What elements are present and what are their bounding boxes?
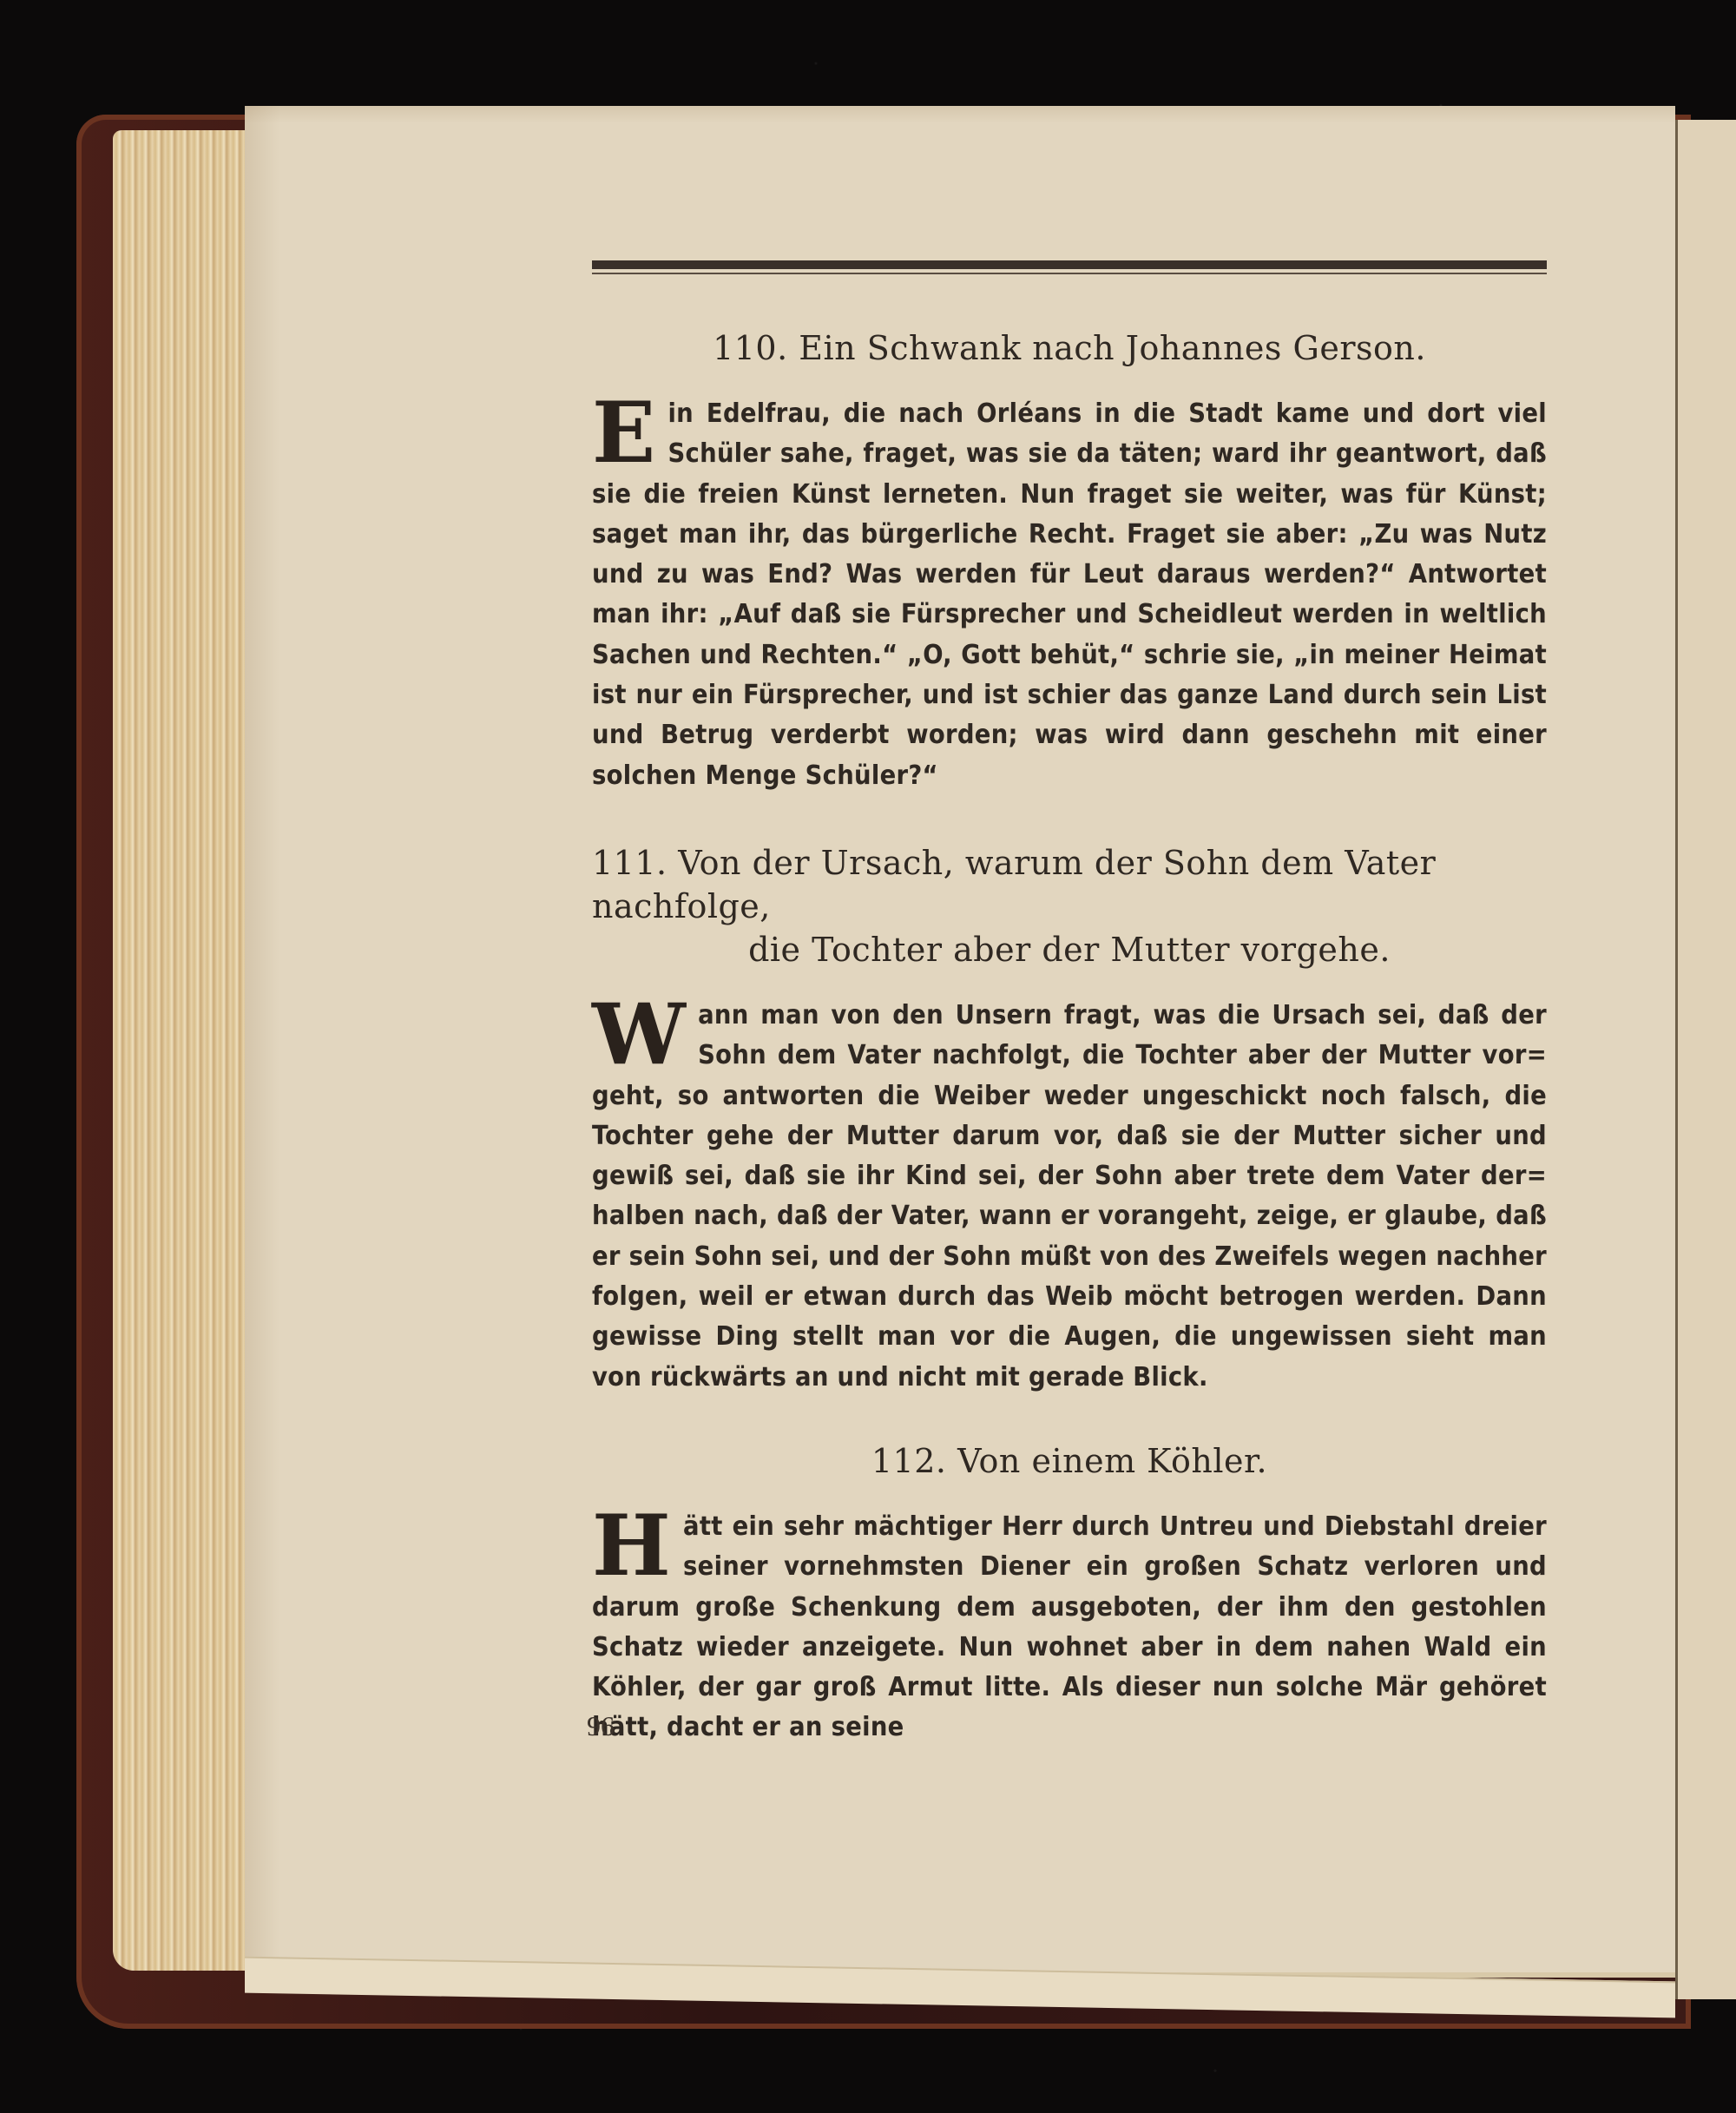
- section-number: 111.: [592, 844, 667, 882]
- section-title-line1: Von der Ursach, warum der Sohn dem Vater…: [592, 844, 1436, 925]
- body-text: in Edelfrau, die nach Orléans in die Sta…: [592, 398, 1547, 791]
- page-content: 110. Ein Schwank nach Johannes Gerson. E…: [592, 260, 1547, 1748]
- section-110-heading: 110. Ein Schwank nach Johannes Gerson.: [592, 326, 1547, 370]
- section-number: 112.: [871, 1442, 947, 1480]
- section-title-line2: die Tochter aber der Mutter vorgehe.: [592, 928, 1547, 971]
- drop-cap: W: [592, 999, 686, 1070]
- header-rule-thick: [592, 260, 1547, 269]
- section-111-body: Wann man von den Unsern fragt, was die U…: [592, 996, 1547, 1398]
- section-number: 110.: [713, 329, 788, 367]
- section-112-body: Hätt ein sehr mächtiger Herr durch Untre…: [592, 1507, 1547, 1748]
- drop-cap: H: [592, 1511, 671, 1582]
- body-text: ann man von den Unsern fragt, was die Ur…: [592, 1000, 1547, 1392]
- header-rule-thin: [592, 273, 1547, 274]
- section-110-body: Ein Edelfrau, die nach Orléans in die St…: [592, 394, 1547, 796]
- page-number: 96: [587, 1710, 615, 1742]
- section-title: Von einem Köhler.: [957, 1442, 1267, 1480]
- body-text: ätt ein sehr mächtiger Herr durch Untreu…: [592, 1511, 1547, 1742]
- section-111-heading: 111. Von der Ursach, warum der Sohn dem …: [592, 841, 1547, 971]
- facing-page-edge: [1675, 120, 1736, 1999]
- section-title: Ein Schwank nach Johannes Gerson.: [799, 329, 1426, 367]
- drop-cap: E: [592, 398, 655, 469]
- section-112-heading: 112. Von einem Köhler.: [592, 1439, 1547, 1483]
